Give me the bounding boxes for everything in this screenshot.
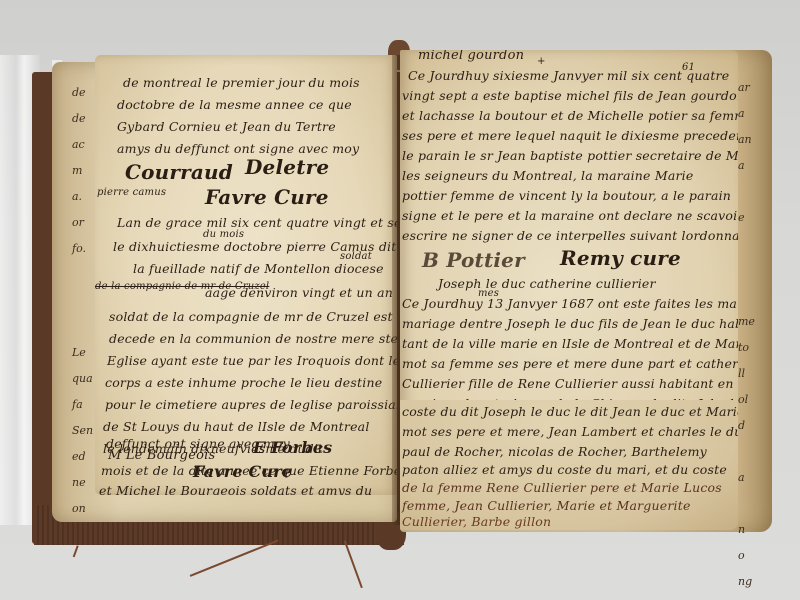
handwriting-line: paul de Rocher, nicolas de Rocher, Barth…: [402, 444, 707, 459]
handwriting-line: mariage dentre Joseph le duc fils de Jea…: [402, 316, 738, 331]
handwriting-line: pottier femme de vincent ly la boutour, …: [402, 188, 731, 203]
handwriting-line: pour le cimetiere aupres de leglise paro…: [105, 397, 397, 412]
handwriting-line: decede en la communion de nostre mere st…: [109, 331, 397, 346]
photo-scene: dedeacma.orfo.LequafaSenedneon araanaeme…: [0, 0, 800, 600]
handwriting-line: Cullierier fille de Rene Cullierier auss…: [402, 376, 738, 391]
handwriting-line: soldat de la compagnie de mr de Cruzel e…: [109, 309, 393, 324]
handwriting-line: signe et le pere et la maraine ont decla…: [402, 208, 738, 223]
handwriting-line: vingt sept a este baptise michel fils de…: [402, 88, 738, 103]
handwriting-line: coste du dit Joseph le duc le dit Jean l…: [402, 404, 738, 419]
handwriting-line: mot sa femme ses pere et mere dune part …: [402, 356, 738, 371]
signature: M Le Bourgeois: [108, 448, 215, 463]
handwriting-line: ses pere et mere lequel naquit le dixies…: [402, 128, 738, 143]
handwriting-line: aage denviron vingt et un an: [205, 285, 393, 300]
loose-thread: [344, 540, 363, 587]
handwriting-line: de la femme Rene Cullierier pere et Mari…: [402, 480, 722, 495]
signature: Deletre: [245, 155, 329, 179]
signature: Favre Cure: [205, 185, 329, 209]
handwriting-line: tant de la ville marie en lIsle de Montr…: [402, 336, 738, 351]
left-page: de montreal le premier jour du mois doct…: [95, 55, 397, 495]
handwriting-line: Lan de grace mil six cent quatre vingt e…: [117, 215, 397, 230]
handwriting-line: corps a este inhume proche le lieu desti…: [105, 375, 382, 390]
loose-thread: [190, 539, 279, 576]
handwriting-line: Gybard Cornieu et Jean du Tertre: [117, 119, 336, 134]
handwriting-line: paton alliez et amys du coste du mari, e…: [402, 462, 727, 477]
signature: Remy cure: [560, 246, 681, 270]
handwriting-line: de montreal le premier jour du mois: [123, 75, 360, 90]
left-edge-handwriting: dedeacma.orfo.LequafaSenedneon: [72, 80, 93, 522]
left-page-footer: deffunct ont signe avec moy M Le Bourgeo…: [78, 460, 398, 520]
handwriting-line: le parain le sr Jean baptiste pottier se…: [402, 148, 738, 163]
signature: B Pottier: [422, 248, 525, 272]
handwriting-line: femme, Jean Cullierier, Marie et Marguer…: [402, 498, 691, 513]
handwriting-line: amys du deffunct ont signe avec moy: [117, 141, 359, 156]
handwriting-line: et lachasse la boutour et de Michelle po…: [402, 108, 738, 123]
handwriting-line: doctobre de la mesme annee ce que: [117, 97, 352, 112]
right-edge-handwriting: araanaemetolloldanong: [738, 75, 755, 595]
handwriting-line: Cullierier, Barbe gillon: [402, 514, 551, 529]
handwriting-line: escrire ne signer de ce interpelles suiv…: [402, 228, 738, 243]
handwriting-line: les seigneurs du Montreal, la maraine Ma…: [402, 168, 693, 183]
entry-header: michel gourdon: [418, 50, 524, 63]
handwriting-line: Eglise ayant este tue par les Iroquois d…: [107, 353, 397, 368]
right-page-lower: coste du dit Joseph le duc le dit Jean l…: [400, 400, 738, 530]
handwriting-line: la fueillade natif de Montellon diocese: [133, 261, 384, 276]
signature: Courraud: [125, 160, 233, 184]
handwriting-line: Ce Jourdhuy 13 Janvyer 1687 ont este fai…: [402, 296, 738, 311]
margin-name: pierre camus: [97, 187, 166, 198]
handwriting-line: Ce Jourdhuy sixiesme Janvyer mil six cen…: [408, 68, 729, 83]
loose-thread: [73, 545, 79, 557]
handwriting-line: de St Louys du haut de lIsle de Montreal: [103, 419, 370, 434]
handwriting-line: mot ses pere et mere, Jean Lambert et ch…: [402, 424, 738, 439]
signature: E Forbes: [253, 438, 332, 457]
signature: Favre Cure: [193, 462, 292, 481]
cross-mark: +: [537, 56, 546, 67]
entry-header: Joseph le duc catherine cullierier: [438, 276, 656, 291]
